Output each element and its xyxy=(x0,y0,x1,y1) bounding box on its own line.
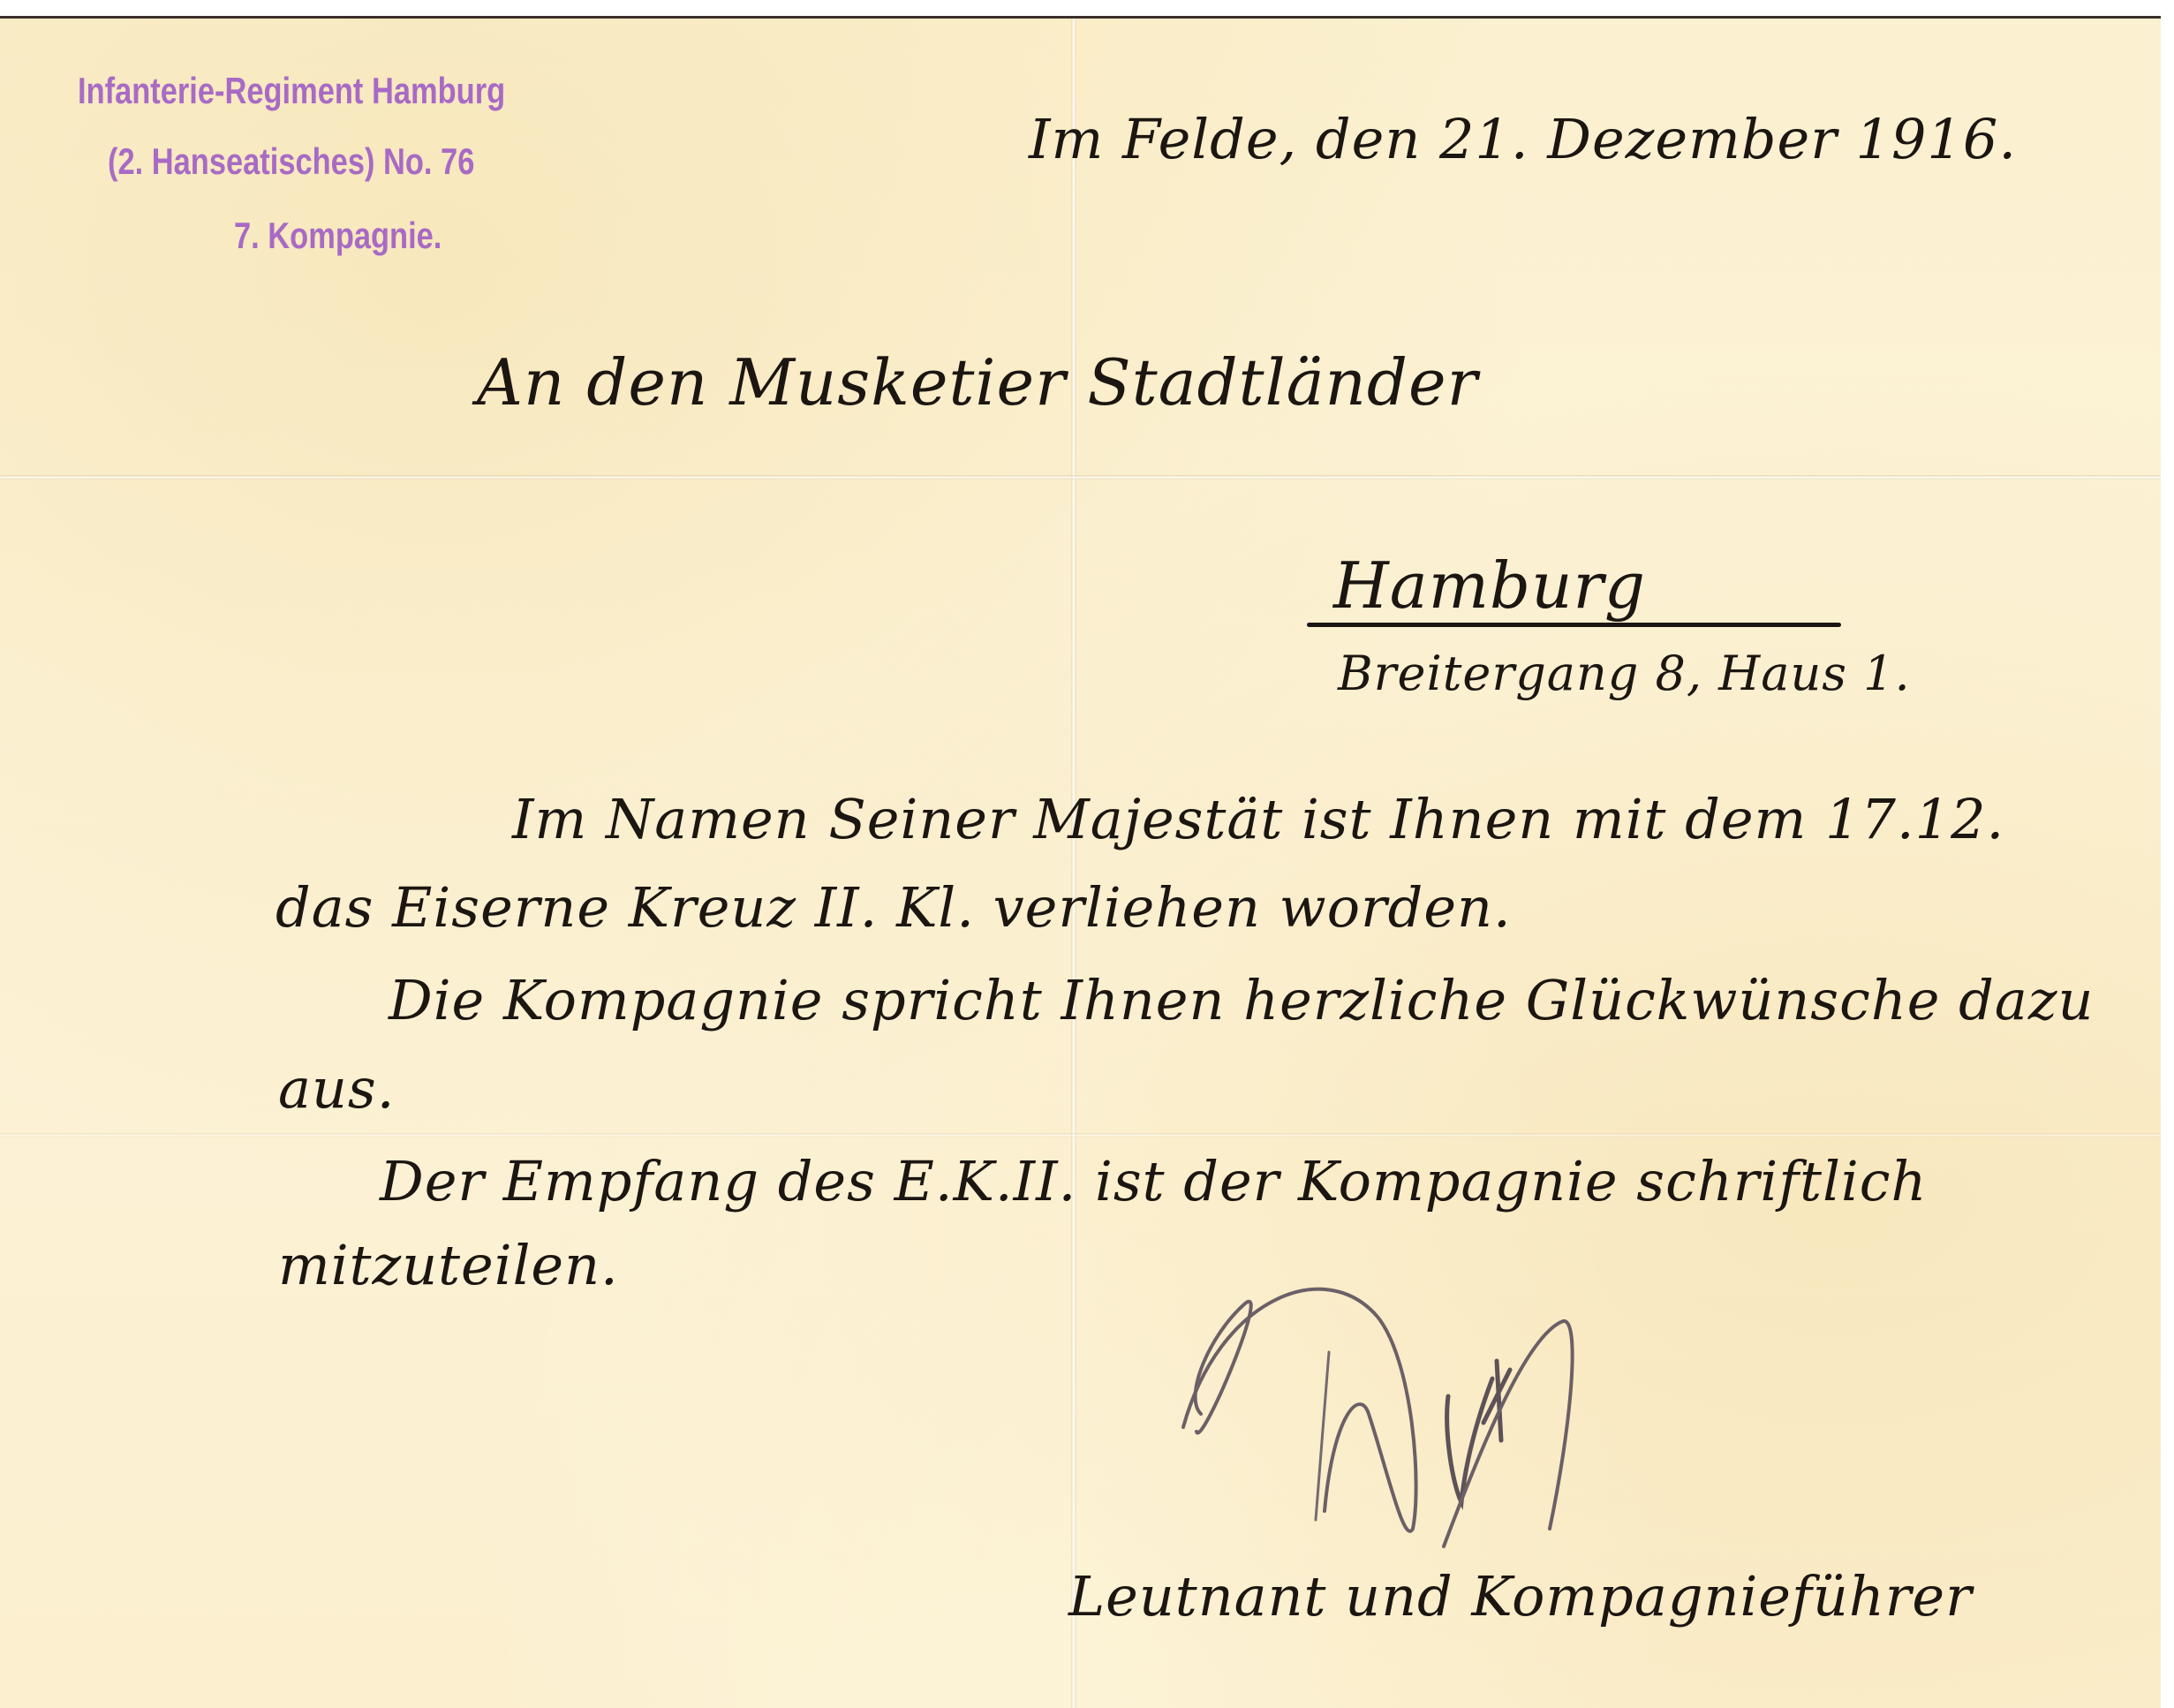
stamp-line-regiment: Infanterie-Regiment Hamburg xyxy=(78,70,505,112)
stamp-line-company: 7. Kompagnie. xyxy=(234,215,442,257)
body-line: aus. xyxy=(278,1056,395,1121)
horizontal-fold-line-upper xyxy=(0,475,2161,480)
body-line: mitzuteilen. xyxy=(278,1233,619,1297)
letter-page: Infanterie-Regiment Hamburg (2. Hanseati… xyxy=(0,16,2161,1708)
body-line: Der Empfang des E.K.II. ist der Kompagni… xyxy=(380,1149,1927,1213)
signatory-title: Leutnant und Kompagnieführer xyxy=(1068,1564,1973,1629)
vertical-fold-line xyxy=(1071,19,1076,1708)
street-address: Breitergang 8, Haus 1. xyxy=(1338,646,1911,701)
city: Hamburg xyxy=(1333,548,1646,623)
body-line: Die Kompagnie spricht Ihnen herzliche Gl… xyxy=(389,968,2094,1032)
body-line: das Eiserne Kreuz II. Kl. verliehen word… xyxy=(276,875,1512,940)
stamp-line-battalion: (2. Hanseatisches) No. 76 xyxy=(108,140,474,183)
recipient-line: An den Musketier Stadtländer xyxy=(477,345,1478,419)
body-line: Im Namen Seiner Majestät ist Ihnen mit d… xyxy=(512,787,2004,851)
place-date: Im Felde, den 21. Dezember 1916. xyxy=(1029,107,2017,171)
city-underline xyxy=(1307,623,1841,627)
horizontal-fold-line-lower xyxy=(0,1133,2161,1137)
pencil-signature-icon xyxy=(1148,1264,1678,1555)
